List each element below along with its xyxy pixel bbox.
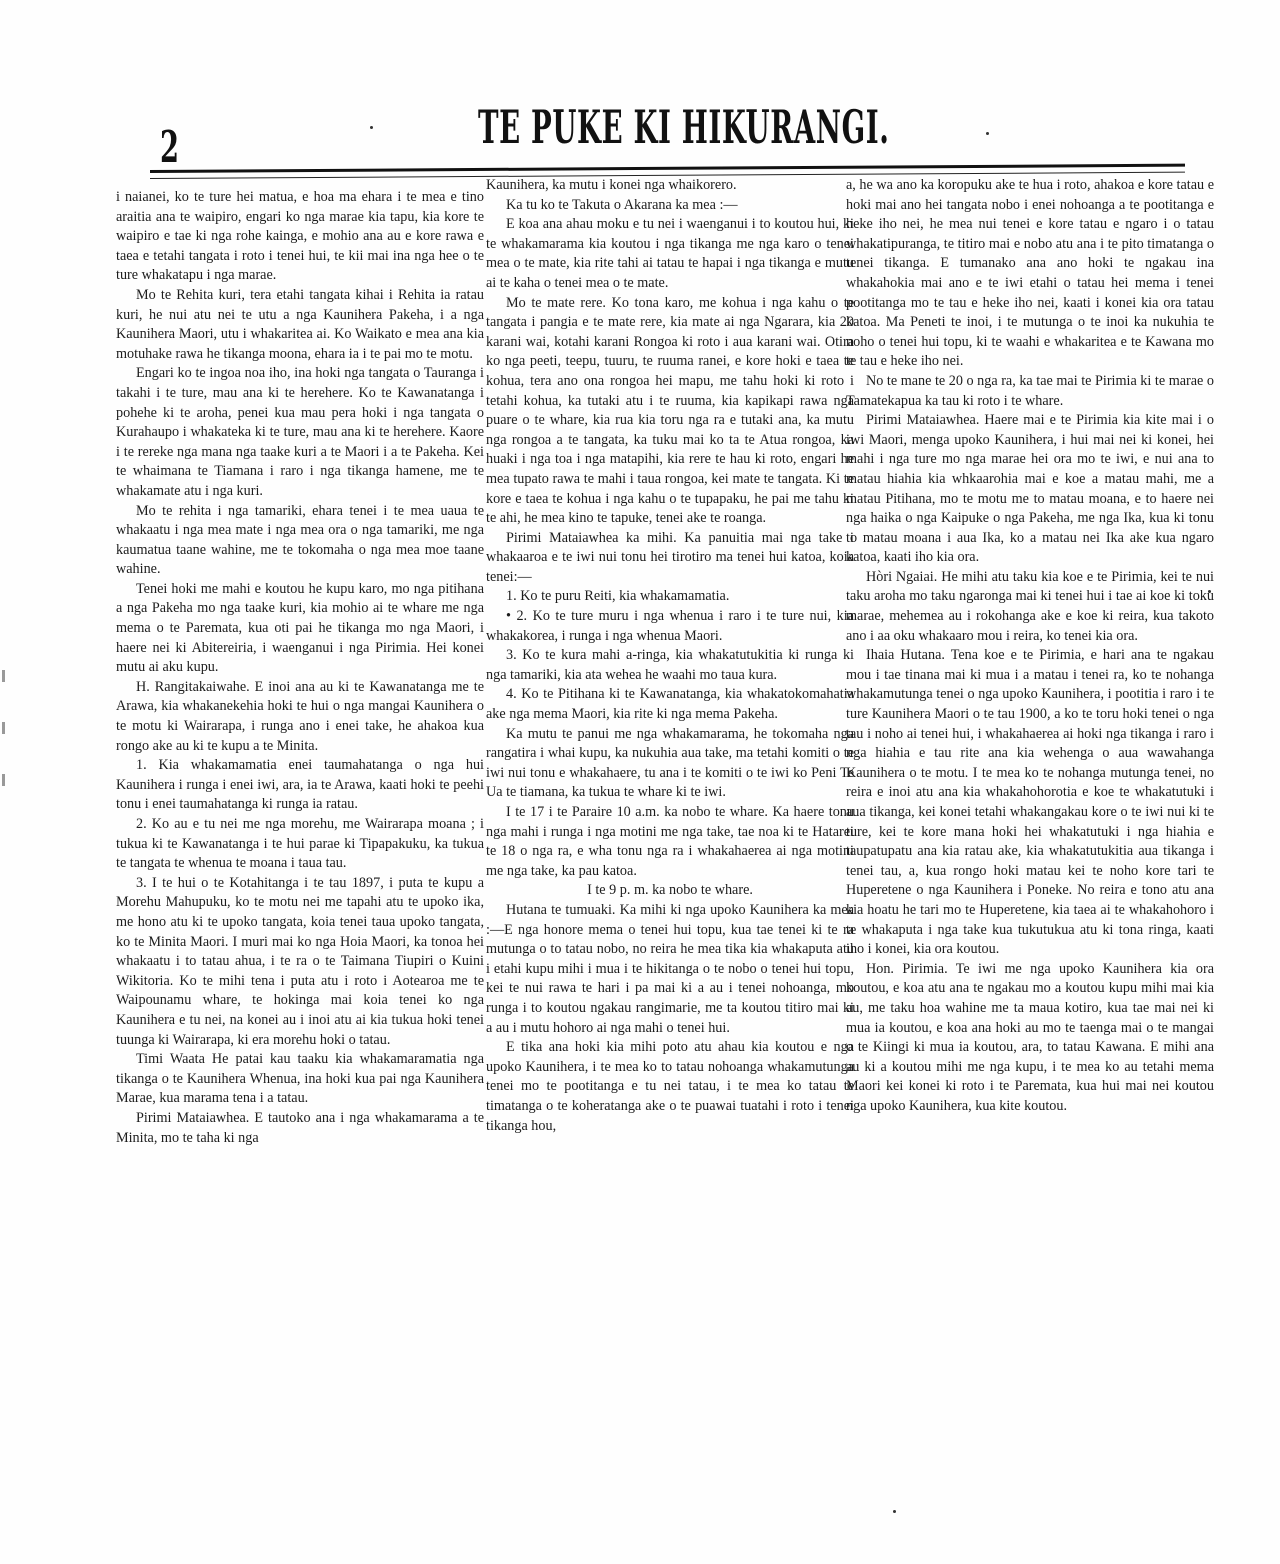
paragraph: H. Rangitakaiwahe. E inoi ana au ki te K…	[116, 678, 484, 756]
paragraph: Hon. Pirimia. Te iwi me nga upoko Kaunih…	[846, 960, 1214, 1117]
print-speck	[986, 132, 989, 135]
newspaper-page: 2 TE PUKE KI HIKURANGI. i naianei, ko te…	[0, 0, 1280, 1564]
paragraph: 3. Ko te kura mahi a-ringa, kia whakatut…	[486, 646, 854, 685]
print-speck	[893, 1510, 896, 1513]
paragraph: • 2. Ko te ture muru i nga whenua i raro…	[486, 607, 854, 646]
paragraph: Mo te Rehita kuri, tera etahi tangata ki…	[116, 286, 484, 364]
paragraph: 3. I te hui o te Kotahitanga i te tau 18…	[116, 874, 484, 1050]
paragraph: Timi Waata He patai kau taaku kia whakam…	[116, 1050, 484, 1109]
paragraph: 4. Ko te Pitihana ki te Kawanatanga, kia…	[486, 685, 854, 724]
paragraph: 1. Ko te puru Reiti, kia whakamamatia.	[486, 587, 854, 607]
print-speck	[370, 126, 373, 129]
binding-mark	[2, 670, 5, 682]
paragraph: a, he wa ano ka koropuku ake te hua i ro…	[846, 176, 1214, 372]
paragraph: Pirimi Mataiawhea. E tautoko ana i nga w…	[116, 1109, 484, 1148]
paragraph: Pirimi Mataiawhea. Haere mai e te Pirimi…	[846, 411, 1214, 568]
masthead-rule-thick	[150, 164, 1185, 173]
paragraph: i naianei, ko te ture hei matua, e hoa m…	[116, 188, 484, 286]
paragraph: E tika ana hoki kia mihi poto atu ahau k…	[486, 1038, 854, 1136]
paragraph: Tenei hoki me mahi e koutou he kupu karo…	[116, 580, 484, 678]
paragraph: Pirimi Mataiawhea ka mihi. Ka panuitia m…	[486, 529, 854, 588]
paragraph: 1. Kia whakamamatia enei taumahatanga o …	[116, 756, 484, 815]
column-middle: Kaunihera, ka mutu i konei nga whaikorer…	[486, 176, 854, 1136]
paragraph: No te mane te 20 o nga ra, ka tae mai te…	[846, 372, 1214, 411]
column-left: i naianei, ko te ture hei matua, e hoa m…	[116, 188, 484, 1148]
paragraph: I te 17 i te Paraire 10 a.m. ka nobo te …	[486, 803, 854, 881]
binding-margin-marks	[2, 670, 8, 890]
paragraph: 2. Ko au e tu nei me nga morehu, me Wair…	[116, 815, 484, 874]
page-number: 2	[160, 122, 179, 173]
paragraph: Ka mutu te panui me nga whakamarama, he …	[486, 725, 854, 803]
paragraph: Ihaia Hutana. Tena koe e te Pirimia, e h…	[846, 646, 1214, 960]
column-right: a, he wa ano ka koropuku ake te hua i ro…	[846, 176, 1214, 1117]
binding-mark	[2, 722, 5, 734]
paragraph: Ka tu ko te Takuta o Akarana ka mea :—	[486, 196, 854, 216]
masthead-title: TE PUKE KI HIKURANGI.	[478, 100, 889, 154]
paragraph: Hutana te tumuaki. Ka mihi ki nga upoko …	[486, 901, 854, 1038]
paragraph: Engari ko te ingoa noa iho, ina hoki nga…	[116, 364, 484, 501]
paragraph: Mo te mate rere. Ko tona karo, me kohua …	[486, 294, 854, 529]
paragraph: E koa ana ahau moku e tu nei i waenganui…	[486, 215, 854, 293]
paragraph: Mo te rehita i nga tamariki, ehara tenei…	[116, 502, 484, 580]
print-speck	[1208, 590, 1211, 593]
paragraph: Kaunihera, ka mutu i konei nga whaikorer…	[486, 176, 854, 196]
paragraph: I te 9 p. m. ka nobo te whare.	[486, 881, 854, 901]
binding-mark	[2, 774, 5, 786]
paragraph: Hòri Ngaiai. He mihi atu taku kia koe e …	[846, 568, 1214, 646]
